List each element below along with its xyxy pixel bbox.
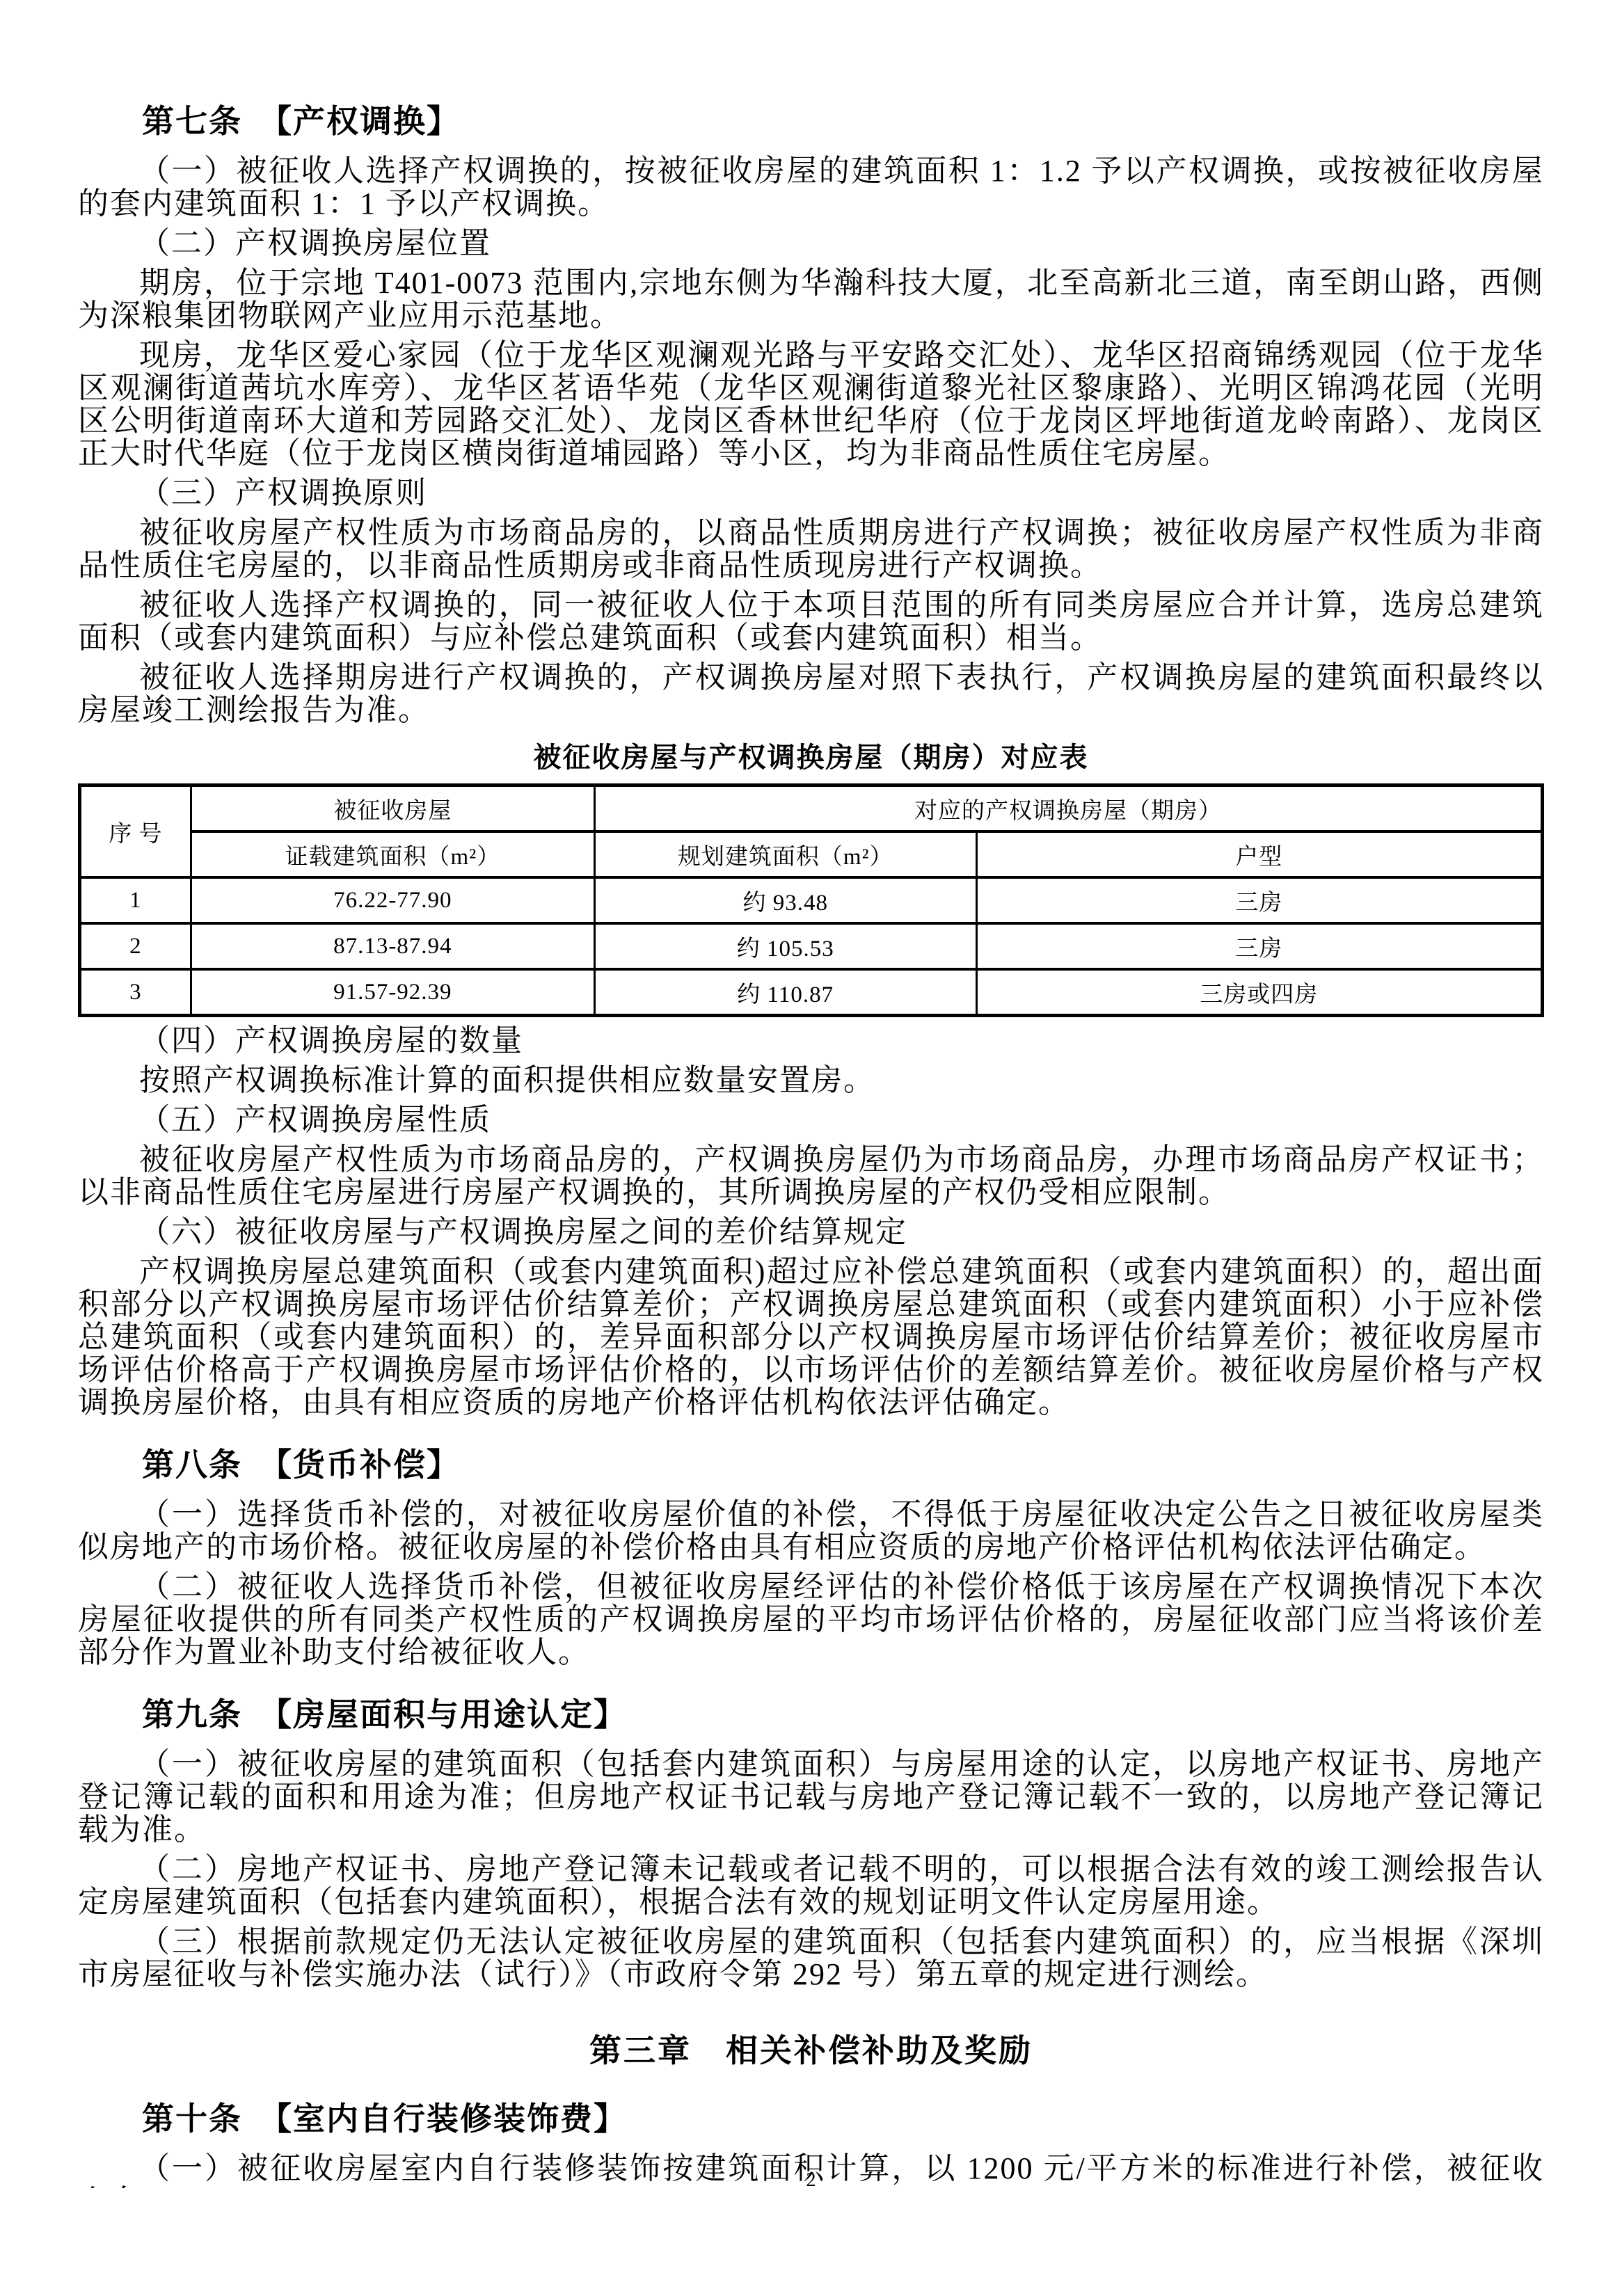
article-7-paragraph-4: 现房，龙华区爱心家园（位于龙华区观澜观光路与平安路交汇处）、龙华区招商锦绣观园（… [78,339,1544,470]
article-7-paragraph-10: 按照产权调换标准计算的面积提供相应数量安置房。 [78,1064,1544,1097]
exchange-table: 序 号 被征收房屋 对应的产权调换房屋（期房） 证载建筑面积（m²） 规划建筑面… [78,783,1544,1017]
cell-planned-area: 约 110.87 [594,969,976,1016]
article-7-paragraph-3: 期房，位于宗地 T401-0073 范围内,宗地东侧为华瀚科技大厦，北至高新北三… [78,266,1544,332]
table-header-row-1: 序 号 被征收房屋 对应的产权调换房屋（期房） [80,786,1543,832]
cell-certified-area: 91.57-92.39 [191,969,594,1016]
header-cell-unit-type: 户型 [976,831,1543,877]
article-9-paragraph-2: （二）房地产权证书、房地产登记簿未记载或者记载不明的，可以根据合法有效的竣工测绘… [78,1853,1544,1918]
article-7-paragraph-12: 被征收房屋产权性质为市场商品房的，产权调换房屋仍为市场商品房，办理市场商品房产权… [78,1143,1544,1209]
cell-planned-area: 约 105.53 [594,923,976,969]
cell-serial: 1 [80,877,191,923]
article-7-paragraph-2: （二）产权调换房屋位置 [78,227,1544,260]
cell-serial: 2 [80,923,191,969]
article-7-paragraph-13: （六）被征收房屋与产权调换房屋之间的差价结算规定 [78,1215,1544,1248]
header-cell-house: 被征收房屋 [191,786,594,832]
table-row: 1 76.22-77.90 约 93.48 三房 [80,877,1543,923]
article-7-heading: 第七条 【产权调换】 [78,103,1544,139]
article-7-paragraph-9: （四）产权调换房屋的数量 [78,1024,1544,1057]
page-number: 2 [0,2169,1622,2192]
article-7-paragraph-14: 产权调换房屋总建筑面积（或套内建筑面积)超过应补偿总建筑面积（或套内建筑面积）的… [78,1255,1544,1419]
exchange-table-title: 被征收房屋与产权调换房屋（期房）对应表 [78,742,1544,774]
article-7-paragraph-7: 被征收人选择产权调换的，同一被征收人位于本项目范围的所有同类房屋应合并计算，选房… [78,589,1544,654]
chapter-3-heading: 第三章 相关补偿补助及奖励 [78,2032,1544,2068]
article-8-paragraph-2: （二）被征收人选择货币补偿，但被征收房屋经评估的补偿价格低于该房屋在产权调换情况… [78,1570,1544,1668]
article-8-heading: 第八条 【货币补偿】 [78,1446,1544,1483]
header-cell-planned-area: 规划建筑面积（m²） [594,831,976,877]
cell-planned-area: 约 93.48 [594,877,976,923]
header-cell-exchange-house: 对应的产权调换房屋（期房） [594,786,1542,832]
table-row: 3 91.57-92.39 约 110.87 三房或四房 [80,969,1543,1016]
article-9-paragraph-1: （一）被征收房屋的建筑面积（包括套内建筑面积）与房屋用途的认定，以房地产权证书、… [78,1748,1544,1846]
cell-unit-type: 三房或四房 [976,969,1543,1016]
header-cell-serial: 序 号 [80,786,191,878]
article-7-paragraph-6: 被征收房屋产权性质为市场商品房的，以商品性质期房进行产权调换；被征收房屋产权性质… [78,516,1544,582]
table-row: 2 87.13-87.94 约 105.53 三房 [80,923,1543,969]
article-9-heading: 第九条 【房屋面积与用途认定】 [78,1696,1544,1732]
cell-serial: 3 [80,969,191,1016]
table-header-row-2: 证载建筑面积（m²） 规划建筑面积（m²） 户型 [80,831,1543,877]
article-9-paragraph-3: （三）根据前款规定仍无法认定被征收房屋的建筑面积（包括套内建筑面积）的，应当根据… [78,1925,1544,1991]
article-7-paragraph-1: （一）被征收人选择产权调换的，按被征收房屋的建筑面积 1：1.2 予以产权调换，… [78,154,1544,220]
cell-certified-area: 87.13-87.94 [191,923,594,969]
article-8-paragraph-1: （一）选择货币补偿的，对被征收房屋价值的补偿，不得低于房屋征收决定公告之日被征收… [78,1498,1544,1563]
document-page: 第七条 【产权调换】 （一）被征收人选择产权调换的，按被征收房屋的建筑面积 1：… [0,0,1622,2296]
cell-unit-type: 三房 [976,877,1543,923]
header-cell-certified-area: 证载建筑面积（m²） [191,831,594,877]
cell-certified-area: 76.22-77.90 [191,877,594,923]
article-7-paragraph-11: （五）产权调换房屋性质 [78,1103,1544,1136]
article-7-paragraph-5: （三）产权调换原则 [78,477,1544,509]
article-10-heading: 第十条 【室内自行装修装饰费】 [78,2100,1544,2137]
cell-unit-type: 三房 [976,923,1543,969]
article-7-paragraph-8: 被征收人选择期房进行产权调换的，产权调换房屋对照下表执行，产权调换房屋的建筑面积… [78,661,1544,726]
